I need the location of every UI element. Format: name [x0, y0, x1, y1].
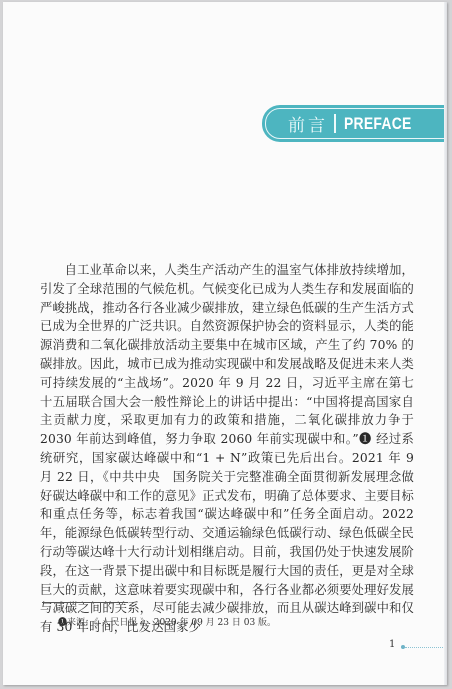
- section-header-banner: 前言 PREFACE: [262, 105, 447, 142]
- dotted-line: [405, 647, 445, 648]
- page-number: 1: [389, 639, 395, 650]
- document-page: 前言 PREFACE 自工业革命以来，人类生产活动产生的温室气体排放持续增加，引…: [3, 2, 447, 685]
- preface-paragraph: 自工业革命以来，人类生产活动产生的温室气体排放持续增加，引发了全球范围的气候危机…: [40, 261, 414, 637]
- section-title-chinese: 前言: [288, 111, 328, 136]
- footnote-text: 来源：《 人民日报 》，2020 年 09 月 23 日 03 版。: [67, 618, 276, 628]
- title-separator: [334, 114, 336, 133]
- section-title-english: PREFACE: [344, 114, 412, 134]
- footnote-marker-icon: ❶: [58, 618, 67, 628]
- footnote-divider: [42, 602, 128, 603]
- footnote: ❶来源：《 人民日报 》，2020 年 09 月 23 日 03 版。: [58, 615, 276, 628]
- banner-outline: 前言 PREFACE: [265, 108, 447, 139]
- page-number-decoration: [401, 645, 447, 649]
